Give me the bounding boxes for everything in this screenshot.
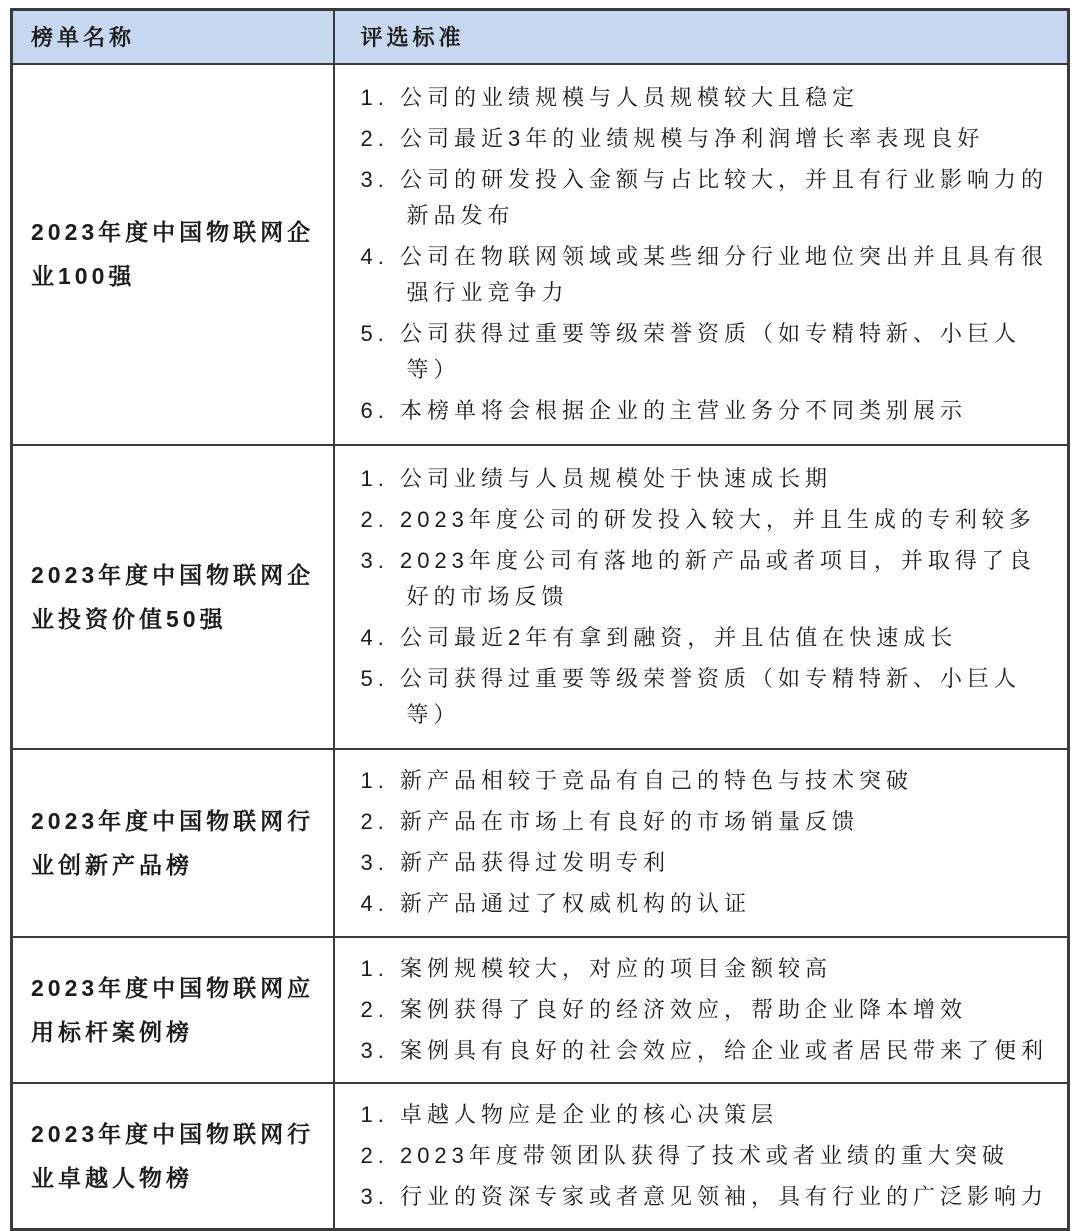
- criterion-item: 3. 行业的资深专家或者意见领袖，具有行业的广泛影响力: [361, 1179, 1054, 1215]
- award-name: 2023年度中国物联网应用标杆案例榜: [12, 937, 334, 1083]
- criterion-item: 1. 新产品相较于竞品有自己的特色与技术突破: [361, 763, 1054, 799]
- criterion-item: 4. 公司最近2年有拿到融资，并且估值在快速成长: [361, 620, 1054, 656]
- table-row: 2023年度中国物联网企业投资价值50强 1. 公司业绩与人员规模处于快速成长期…: [12, 445, 1069, 749]
- header-row: 榜单名称 评选标准: [12, 10, 1069, 64]
- criterion-item: 4. 新产品通过了权威机构的认证: [361, 886, 1054, 922]
- table-row: 2023年度中国物联网行业卓越人物榜 1. 卓越人物应是企业的核心决策层 2. …: [12, 1083, 1069, 1230]
- criterion-item: 1. 卓越人物应是企业的核心决策层: [361, 1097, 1054, 1133]
- criteria-cell: 1. 案例规模较大，对应的项目金额较高 2. 案例获得了良好的经济效应，帮助企业…: [334, 937, 1069, 1083]
- header-list-name: 榜单名称: [12, 10, 334, 64]
- criterion-item: 1. 案例规模较大，对应的项目金额较高: [361, 951, 1054, 987]
- awards-criteria-table: 榜单名称 评选标准 2023年度中国物联网企业100强 1. 公司的业绩规模与人…: [10, 8, 1070, 1231]
- table-row: 2023年度中国物联网行业创新产品榜 1. 新产品相较于竞品有自己的特色与技术突…: [12, 749, 1069, 937]
- award-name: 2023年度中国物联网企业100强: [12, 64, 334, 445]
- table-row: 2023年度中国物联网应用标杆案例榜 1. 案例规模较大，对应的项目金额较高 2…: [12, 937, 1069, 1083]
- criterion-item: 3. 公司的研发投入金额与占比较大，并且有行业影响力的新品发布: [361, 162, 1054, 234]
- criterion-item: 6. 本榜单将会根据企业的主营业务分不同类别展示: [361, 393, 1054, 429]
- criterion-item: 5. 公司获得过重要等级荣誉资质（如专精特新、小巨人等）: [361, 316, 1054, 388]
- criteria-cell: 1. 卓越人物应是企业的核心决策层 2. 2023年度带领团队获得了技术或者业绩…: [334, 1083, 1069, 1230]
- criterion-item: 3. 新产品获得过发明专利: [361, 845, 1054, 881]
- criterion-item: 5. 公司获得过重要等级荣誉资质（如专精特新、小巨人等）: [361, 661, 1054, 733]
- award-name: 2023年度中国物联网行业卓越人物榜: [12, 1083, 334, 1230]
- criterion-item: 1. 公司业绩与人员规模处于快速成长期: [361, 461, 1054, 497]
- award-name: 2023年度中国物联网行业创新产品榜: [12, 749, 334, 937]
- award-name: 2023年度中国物联网企业投资价值50强: [12, 445, 334, 749]
- criterion-item: 2. 案例获得了良好的经济效应，帮助企业降本增效: [361, 992, 1054, 1028]
- criteria-cell: 1. 新产品相较于竞品有自己的特色与技术突破 2. 新产品在市场上有良好的市场销…: [334, 749, 1069, 937]
- header-criteria: 评选标准: [334, 10, 1069, 64]
- criterion-item: 3. 2023年度公司有落地的新产品或者项目，并取得了良好的市场反馈: [361, 543, 1054, 615]
- criterion-item: 2. 2023年度公司的研发投入较大，并且生成的专利较多: [361, 502, 1054, 538]
- criteria-cell: 1. 公司业绩与人员规模处于快速成长期 2. 2023年度公司的研发投入较大，并…: [334, 445, 1069, 749]
- criterion-item: 3. 案例具有良好的社会效应，给企业或者居民带来了便利: [361, 1033, 1054, 1069]
- criteria-cell: 1. 公司的业绩规模与人员规模较大且稳定 2. 公司最近3年的业绩规模与净利润增…: [334, 64, 1069, 445]
- document-page: 榜单名称 评选标准 2023年度中国物联网企业100强 1. 公司的业绩规模与人…: [0, 8, 1080, 1225]
- criterion-item: 2. 公司最近3年的业绩规模与净利润增长率表现良好: [361, 121, 1054, 157]
- table-row: 2023年度中国物联网企业100强 1. 公司的业绩规模与人员规模较大且稳定 2…: [12, 64, 1069, 445]
- criterion-item: 2. 2023年度带领团队获得了技术或者业绩的重大突破: [361, 1138, 1054, 1174]
- criterion-item: 4. 公司在物联网领域或某些细分行业地位突出并且具有很强行业竞争力: [361, 239, 1054, 311]
- criterion-item: 1. 公司的业绩规模与人员规模较大且稳定: [361, 80, 1054, 116]
- criterion-item: 2. 新产品在市场上有良好的市场销量反馈: [361, 804, 1054, 840]
